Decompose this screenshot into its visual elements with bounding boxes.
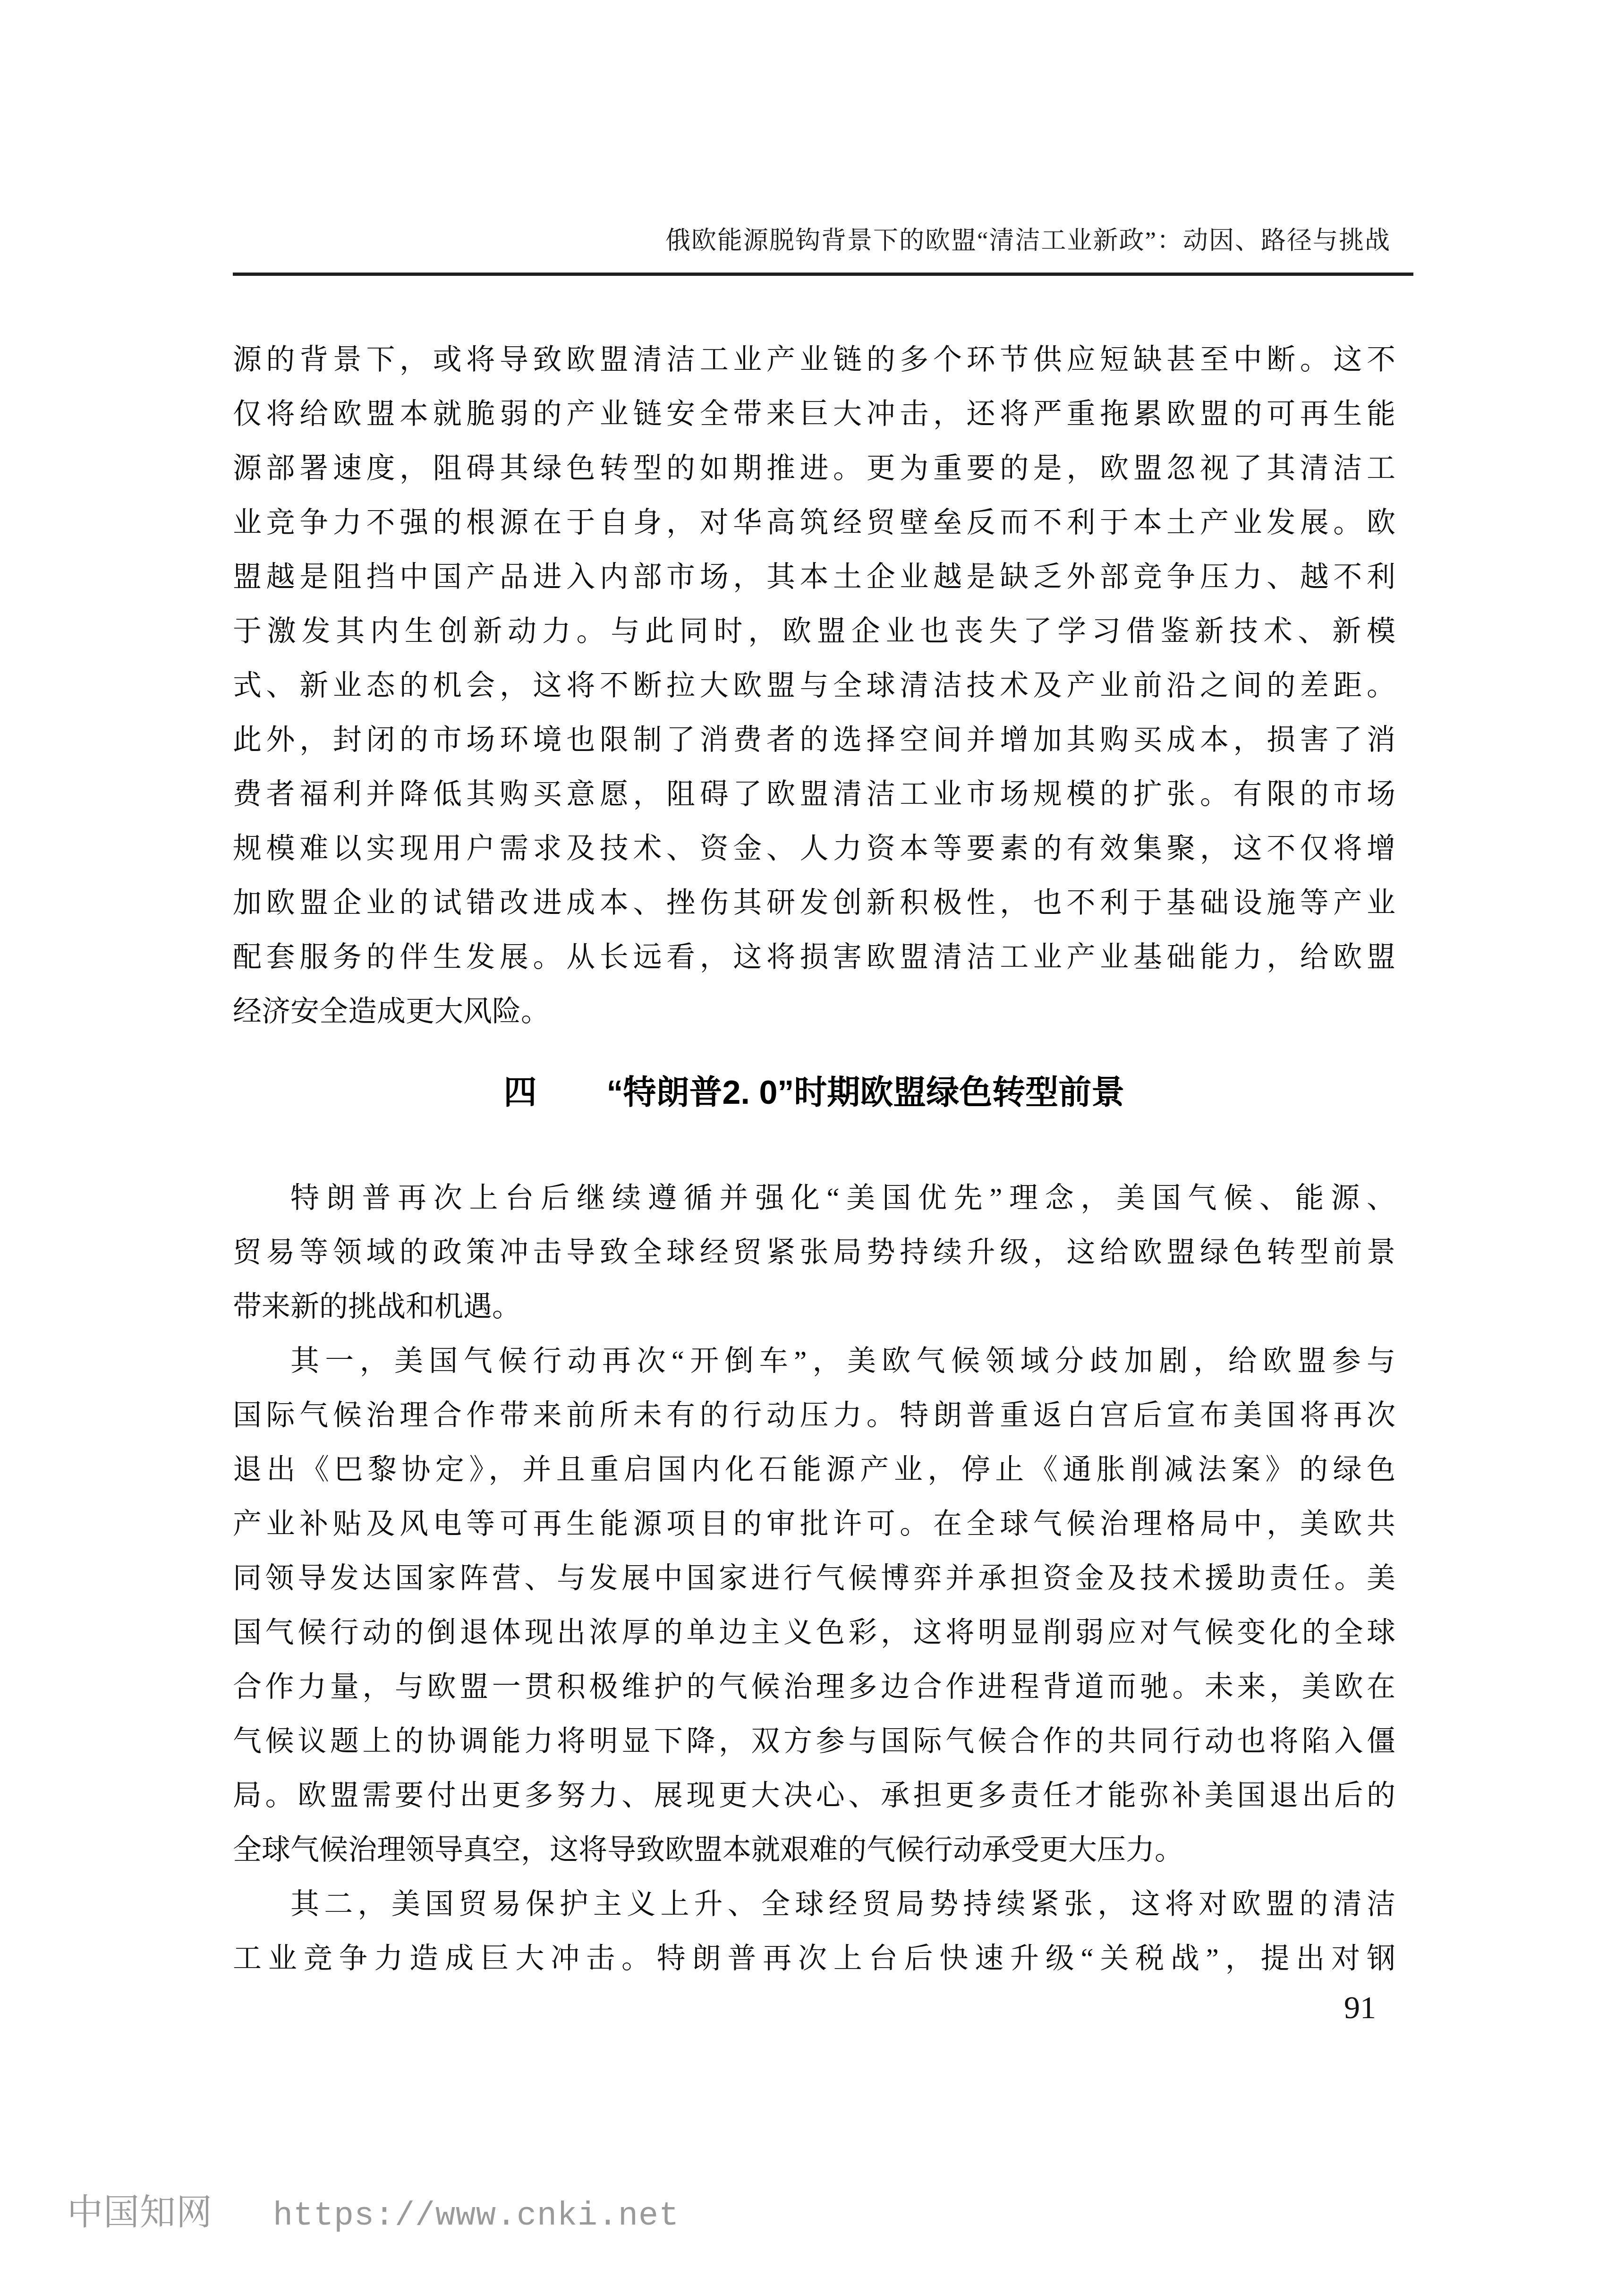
body-line: 式、新业态的机会，这将不断拉大欧盟与全球清洁技术及产业前沿之间的差距。 [233,659,1395,713]
body-line: 工业竞争力造成巨大冲击。特朗普再次上台后快速升级“关税战”，提出对钢 [233,1932,1395,1986]
body-line: 合作力量，与欧盟一贯积极维护的气候治理多边合作进程背道而驰。未来，美欧在 [233,1660,1395,1714]
body-line: 局。欧盟需要付出更多努力、展现更大决心、承担更多责任才能弥补美国退出后的 [233,1769,1395,1823]
body-line: 其一，美国气候行动再次“开倒车”，美欧气候领域分歧加剧，给欧盟参与 [233,1334,1395,1389]
document-page: 俄欧能源脱钩背景下的欧盟“清洁工业新政”：动因、路径与挑战 源的背景下，或将导致… [0,0,1624,2294]
body-line: 经济安全造成更大风险。 [233,985,1395,1039]
body-line: 加欧盟企业的试错改进成本、挫伤其研发创新积极性，也不利于基础设施等产业 [233,876,1395,930]
body-line: 全球气候治理领导真空，这将导致欧盟本就艰难的气候行动承受更大压力。 [233,1823,1395,1877]
body-line: 仅将给欧盟本就脆弱的产业链安全带来巨大冲击，还将严重拖累欧盟的可再生能 [233,387,1395,442]
cnki-url: https://www.cnki.net [273,2198,679,2235]
body-line: 产业补贴及风电等可再生能源项目的审批许可。在全球气候治理格局中，美欧共 [233,1497,1395,1552]
body-line: 气候议题上的协调能力将明显下降，双方参与国际气候合作的共同行动也将陷入僵 [233,1714,1395,1769]
section-number: 四 [504,1074,537,1111]
body-line: 源部署速度，阻碍其绿色转型的如期推进。更为重要的是，欧盟忽视了其清洁工 [233,442,1395,496]
page-number: 91 [1344,1991,1376,2023]
body-line: 贸易等领域的政策冲击导致全球经贸紧张局势持续升级，这给欧盟绿色转型前景 [233,1226,1395,1280]
body-line: 退出《巴黎协定》，并且重启国内化石能源产业，停止《通胀削减法案》的绿色 [233,1443,1395,1497]
body-line: 源的背景下，或将导致欧盟清洁工业产业链的多个环节供应短缺甚至中断。这不 [233,333,1395,387]
paragraph: 其二，美国贸易保护主义上升、全球经贸局势持续紧张，这将对欧盟的清洁工业竞争力造成… [233,1877,1395,1986]
body-line: 带来新的挑战和机遇。 [233,1280,1395,1334]
paragraph: 其一，美国气候行动再次“开倒车”，美欧气候领域分歧加剧，给欧盟参与国际气候治理合… [233,1334,1395,1877]
body-line: 于激发其内生创新动力。与此同时，欧盟企业也丧失了学习借鉴新技术、新模 [233,605,1395,659]
body-line: 配套服务的伴生发展。从长远看，这将损害欧盟清洁工业产业基础能力，给欧盟 [233,930,1395,985]
running-header-title: 俄欧能源脱钩背景下的欧盟“清洁工业新政”：动因、路径与挑战 [665,226,1391,256]
body-line: 盟越是阻挡中国产品进入内部市场，其本土企业越是缺乏外部竞争压力、越不利 [233,550,1395,605]
header-rule [233,273,1413,276]
paragraph: 源的背景下，或将导致欧盟清洁工业产业链的多个环节供应短缺甚至中断。这不仅将给欧盟… [233,333,1395,1039]
paragraph: 特朗普再次上台后继续遵循并强化“美国优先”理念，美国气候、能源、贸易等领域的政策… [233,1171,1395,1334]
section-title: “特朗普2. 0”时期欧盟绿色转型前景 [607,1074,1125,1111]
watermark: 中国知网 https://www.cnki.net [67,2192,679,2235]
body-line: 国气候行动的倒退体现出浓厚的单边主义色彩，这将明显削弱应对气候变化的全球 [233,1606,1395,1660]
body-text: 源的背景下，或将导致欧盟清洁工业产业链的多个环节供应短缺甚至中断。这不仅将给欧盟… [233,333,1395,1986]
body-line: 国际气候治理合作带来前所未有的行动压力。特朗普重返白宫后宣布美国将再次 [233,1389,1395,1443]
body-line: 费者福利并降低其购买意愿，阻碍了欧盟清洁工业市场规模的扩张。有限的市场 [233,768,1395,822]
section-heading: 四“特朗普2. 0”时期欧盟绿色转型前景 [233,1069,1395,1116]
body-line: 业竞争力不强的根源在于自身，对华高筑经贸壁垒反而不利于本土产业发展。欧 [233,496,1395,550]
body-line: 特朗普再次上台后继续遵循并强化“美国优先”理念，美国气候、能源、 [233,1171,1395,1226]
body-line: 规模难以实现用户需求及技术、资金、人力资本等要素的有效集聚，这不仅将增 [233,822,1395,876]
body-line: 此外，封闭的市场环境也限制了消费者的选择空间并增加其购买成本，损害了消 [233,713,1395,768]
body-line: 同领导发达国家阵营、与发展中国家进行气候博弈并承担资金及技术援助责任。美 [233,1552,1395,1606]
body-line: 其二，美国贸易保护主义上升、全球经贸局势持续紧张，这将对欧盟的清洁 [233,1877,1395,1932]
cnki-logo-text: 中国知网 [67,2192,213,2234]
